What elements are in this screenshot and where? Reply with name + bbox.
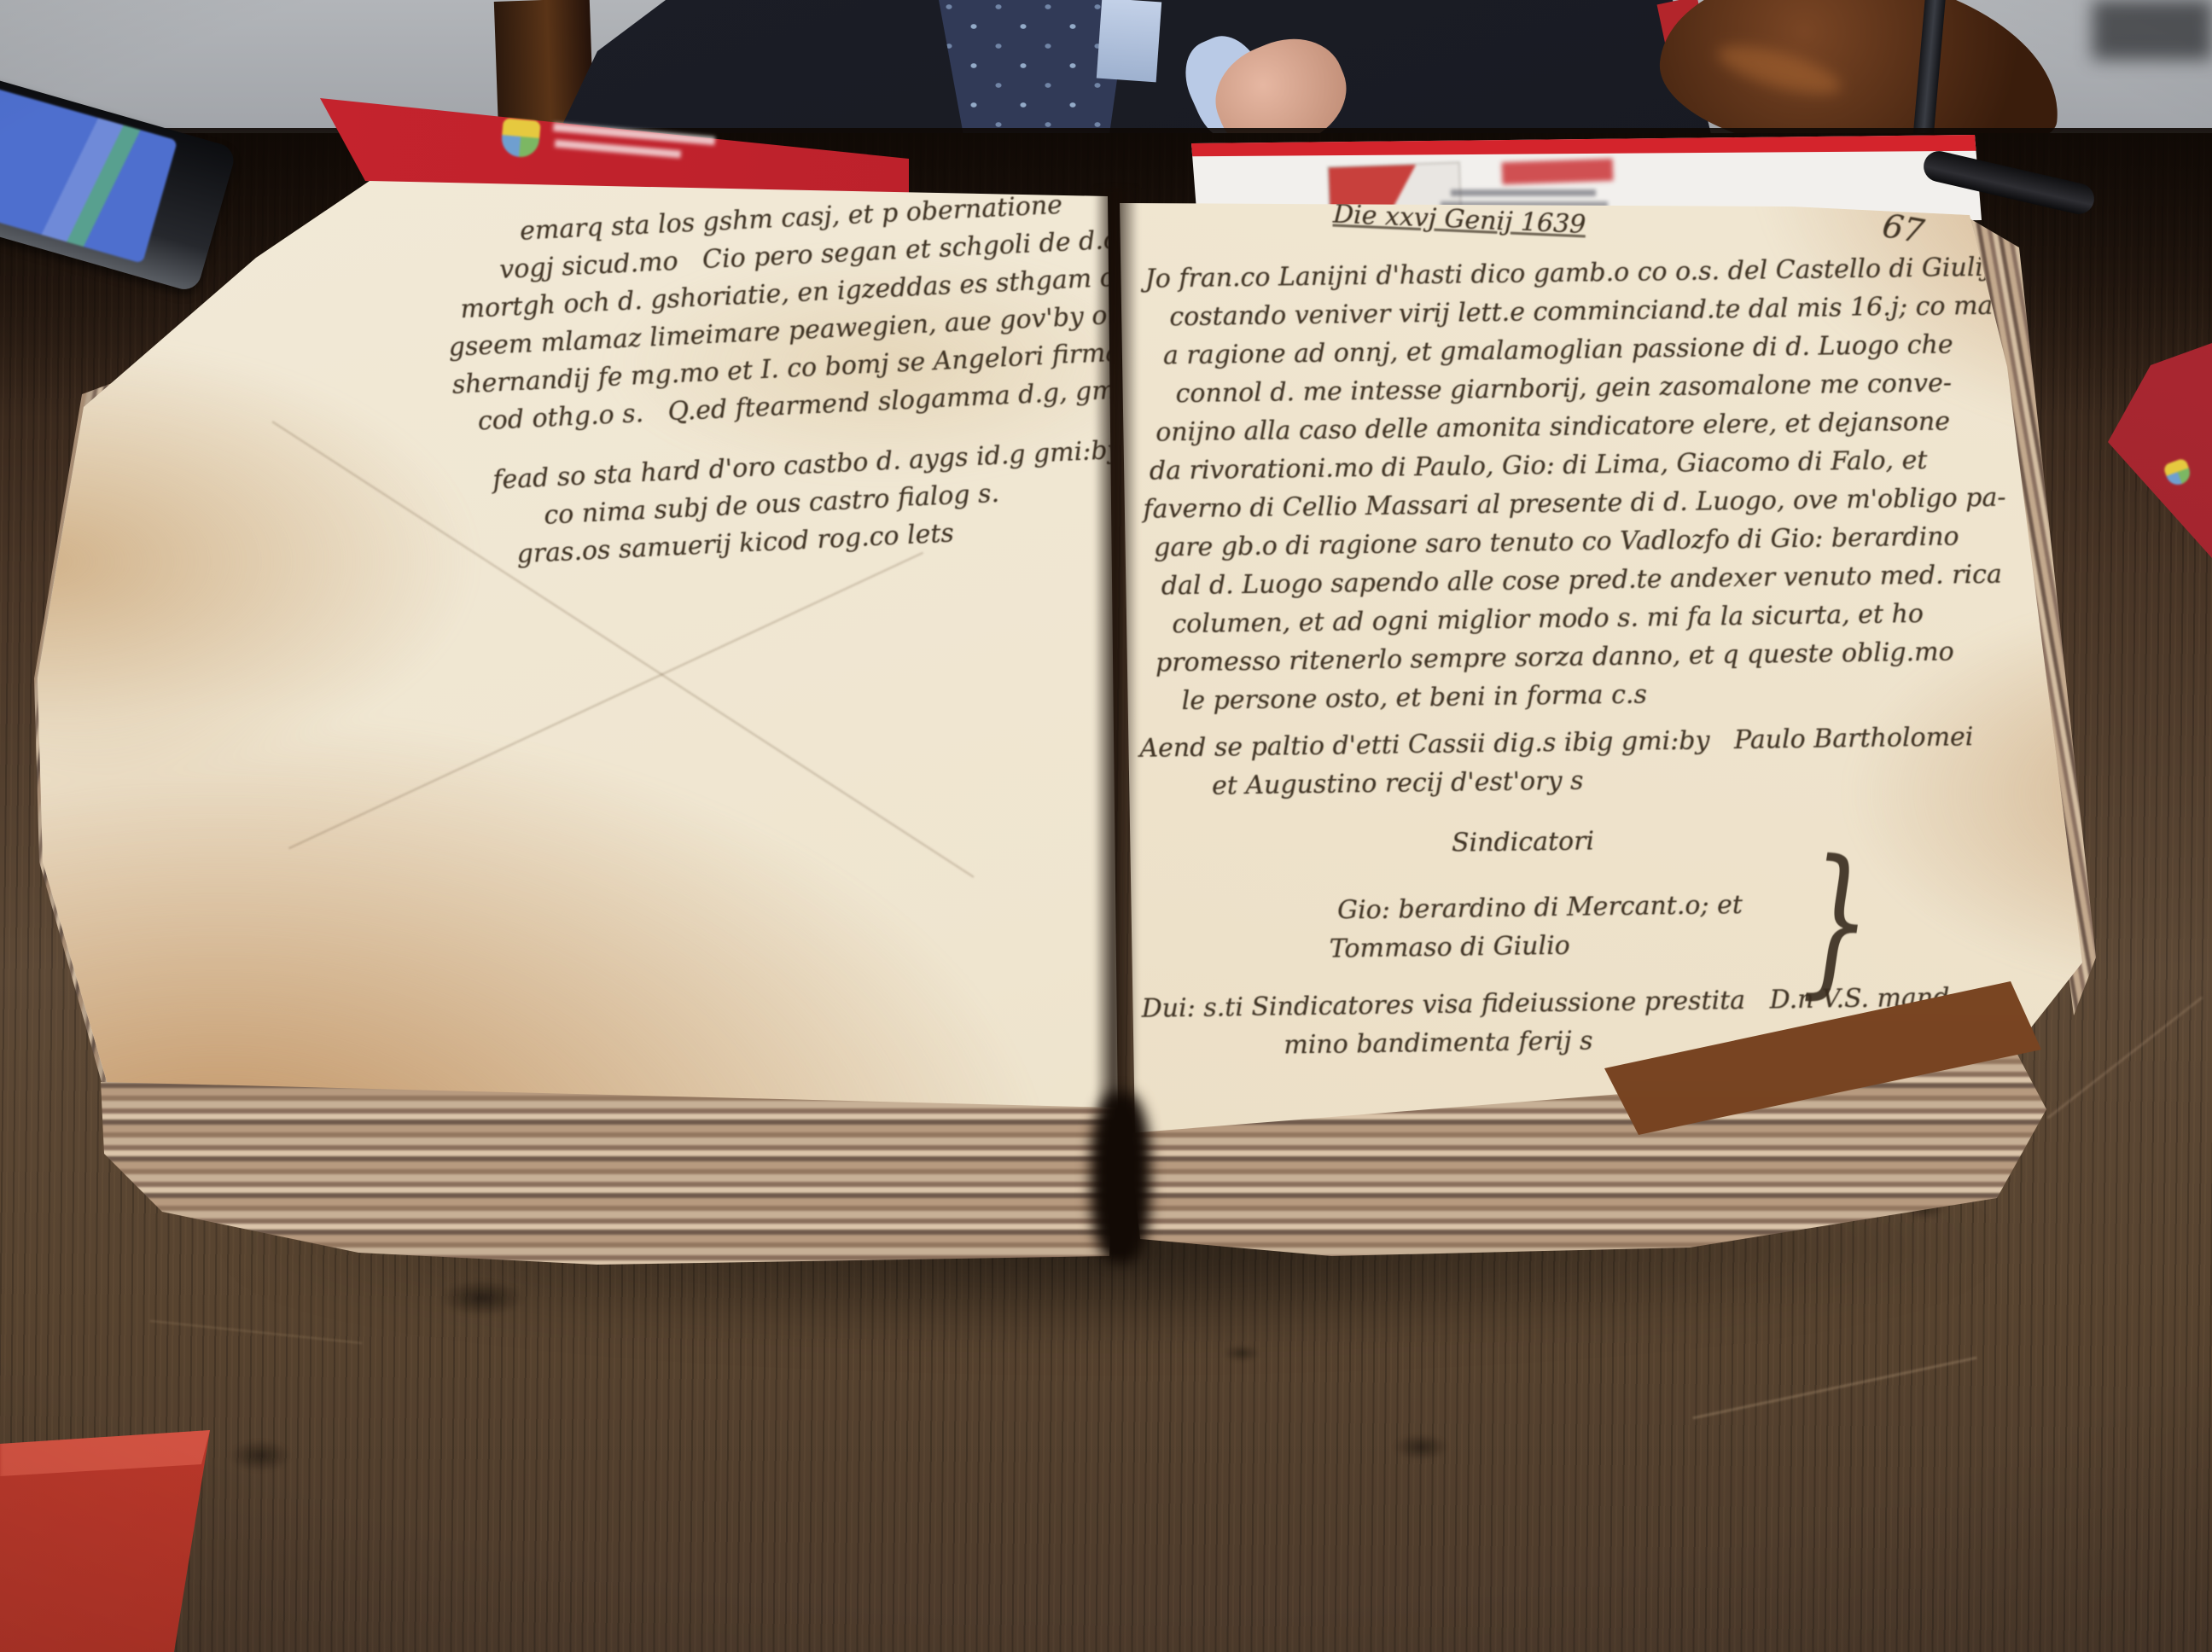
photo-scene: emarq sta los gshm casj, et p obernation… bbox=[0, 0, 2212, 1652]
photo-vignette bbox=[0, 0, 2212, 1652]
